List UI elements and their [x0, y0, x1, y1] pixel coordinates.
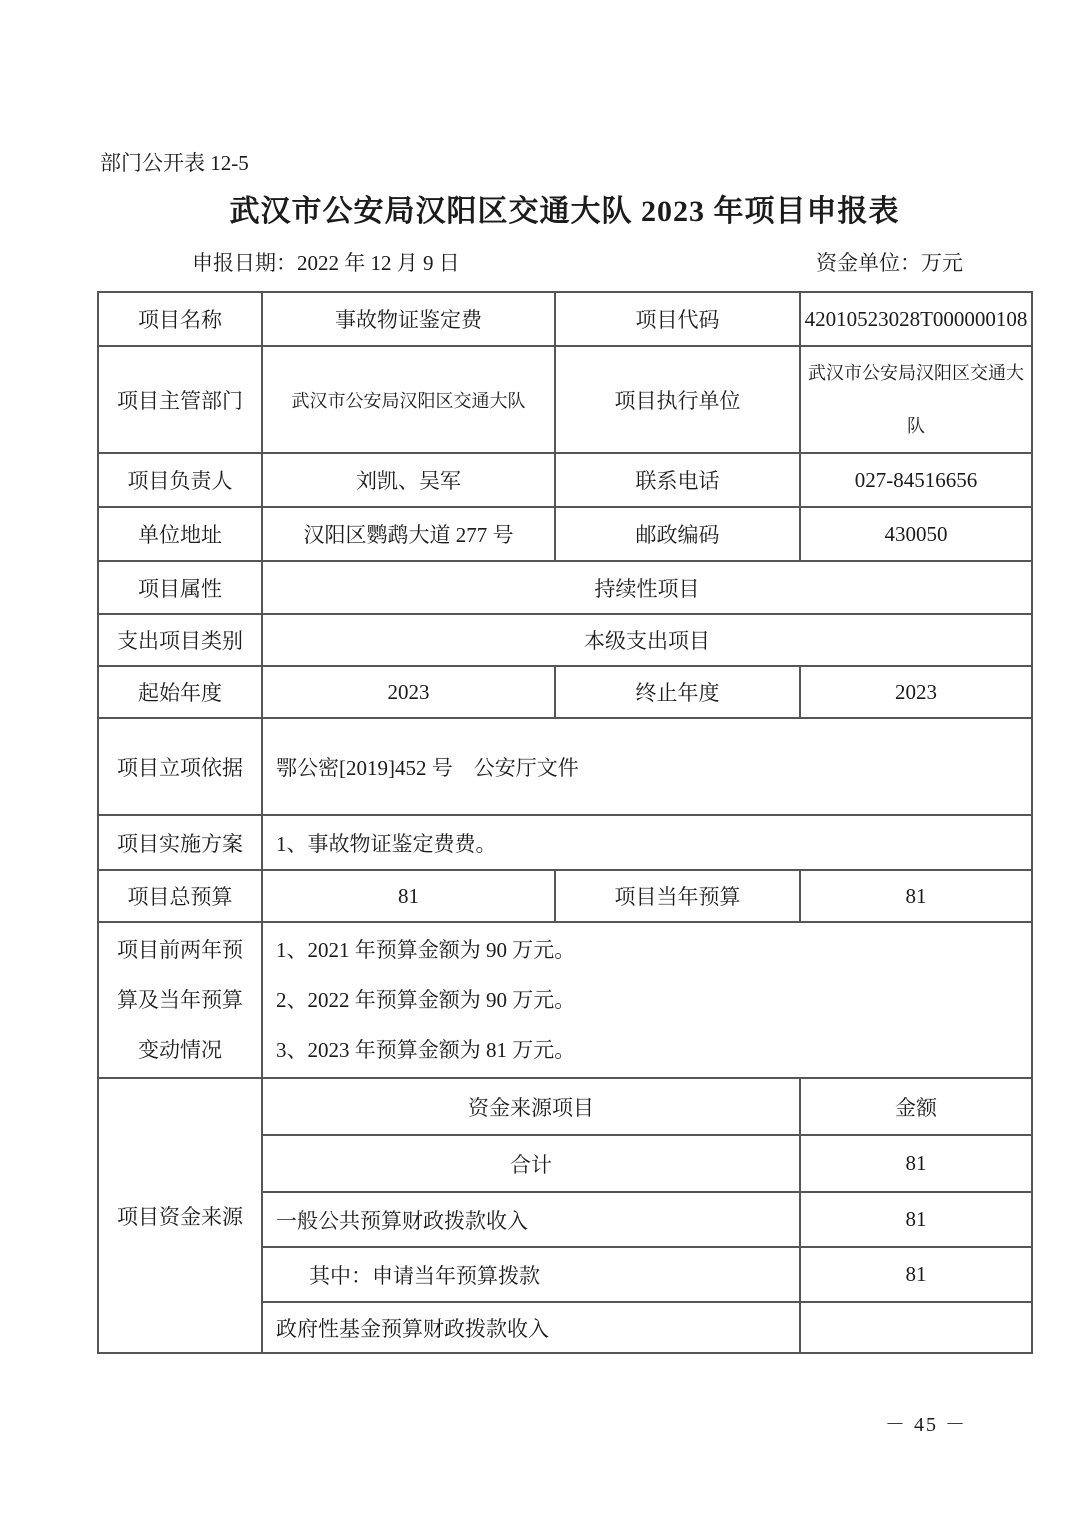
project-name-label: 项目名称 [98, 292, 262, 346]
contact-phone-value: 027-84516656 [800, 453, 1032, 507]
budget-history-line: 1、2021 年预算金额为 90 万元。 [276, 925, 1031, 975]
end-year-label: 终止年度 [555, 666, 800, 718]
project-code-label: 项目代码 [555, 292, 800, 346]
funding-column-amount: 金额 [800, 1078, 1032, 1135]
funding-sources-label: 项目资金来源 [98, 1078, 262, 1353]
funding-total-amount: 81 [800, 1135, 1032, 1192]
table-row: 项目资金来源 资金来源项目 金额 [98, 1078, 1032, 1135]
funding-total-item: 合计 [262, 1135, 800, 1192]
unit-address-value: 汉阳区鹦鹉大道 277 号 [262, 507, 555, 561]
table-row: 支出项目类别 本级支出项目 [98, 614, 1032, 666]
table-row: 项目主管部门 武汉市公安局汉阳区交通大队 项目执行单位 武汉市公安局汉阳区交通大… [98, 346, 1032, 453]
table-row: 起始年度 2023 终止年度 2023 [98, 666, 1032, 718]
total-budget-value: 81 [262, 870, 555, 922]
funding-general-item: 一般公共预算财政拨款收入 [262, 1192, 800, 1247]
approval-basis-label: 项目立项依据 [98, 718, 262, 815]
funding-general-amount: 81 [800, 1192, 1032, 1247]
total-budget-label: 项目总预算 [98, 870, 262, 922]
contact-phone-label: 联系电话 [555, 453, 800, 507]
executing-unit-label: 项目执行单位 [555, 346, 800, 453]
funding-column-item: 资金来源项目 [262, 1078, 800, 1135]
start-year-label: 起始年度 [98, 666, 262, 718]
project-leader-label: 项目负责人 [98, 453, 262, 507]
budget-history-value: 1、2021 年预算金额为 90 万元。 2、2022 年预算金额为 90 万元… [262, 922, 1032, 1078]
budget-history-line: 3、2023 年预算金额为 81 万元。 [276, 1025, 1031, 1075]
table-row: 项目实施方案 1、事故物证鉴定费费。 [98, 815, 1032, 870]
table-row: 项目名称 事故物证鉴定费 项目代码 42010523028T000000108 [98, 292, 1032, 346]
project-name-value: 事故物证鉴定费 [262, 292, 555, 346]
table-row: 项目属性 持续性项目 [98, 561, 1032, 614]
table-row: 单位地址 汉阳区鹦鹉大道 277 号 邮政编码 430050 [98, 507, 1032, 561]
project-leader-value: 刘凯、吴军 [262, 453, 555, 507]
supervisor-dept-label: 项目主管部门 [98, 346, 262, 453]
page-number: － 45 － [885, 1408, 967, 1437]
declare-date: 申报日期：2022 年 12 月 9 日 [192, 247, 460, 277]
meta-row: 申报日期：2022 年 12 月 9 日 资金单位：万元 [98, 247, 1031, 277]
end-year-value: 2023 [800, 666, 1032, 718]
table-row: 项目负责人 刘凯、吴军 联系电话 027-84516656 [98, 453, 1032, 507]
approval-basis-value: 鄂公密[2019]452 号 公安厅文件 [262, 718, 1032, 815]
project-attribute-value: 持续性项目 [262, 561, 1032, 614]
table-row: 项目总预算 81 项目当年预算 81 [98, 870, 1032, 922]
postal-code-label: 邮政编码 [555, 507, 800, 561]
budget-history-label: 项目前两年预算及当年预算变动情况 [98, 922, 262, 1078]
funding-govfund-item: 政府性基金预算财政拨款收入 [262, 1302, 800, 1353]
implementation-plan-label: 项目实施方案 [98, 815, 262, 870]
unit-address-label: 单位地址 [98, 507, 262, 561]
expenditure-category-value: 本级支出项目 [262, 614, 1032, 666]
form-code: 部门公开表 12-5 [100, 147, 249, 177]
expenditure-category-label: 支出项目类别 [98, 614, 262, 666]
executing-unit-value: 武汉市公安局汉阳区交通大队 [800, 346, 1032, 453]
table-row: 项目前两年预算及当年预算变动情况 1、2021 年预算金额为 90 万元。 2、… [98, 922, 1032, 1078]
funding-govfund-amount [800, 1302, 1032, 1353]
supervisor-dept-value: 武汉市公安局汉阳区交通大队 [262, 346, 555, 453]
start-year-value: 2023 [262, 666, 555, 718]
budget-history-line: 2、2022 年预算金额为 90 万元。 [276, 975, 1031, 1025]
fund-unit: 资金单位：万元 [816, 247, 963, 277]
funding-current-year-item: 其中：申请当年预算拨款 [262, 1247, 800, 1302]
funding-current-year-amount: 81 [800, 1247, 1032, 1302]
project-code-value: 42010523028T000000108 [800, 292, 1032, 346]
current-year-budget-label: 项目当年预算 [555, 870, 800, 922]
table-row: 项目立项依据 鄂公密[2019]452 号 公安厅文件 [98, 718, 1032, 815]
current-year-budget-value: 81 [800, 870, 1032, 922]
implementation-plan-value: 1、事故物证鉴定费费。 [262, 815, 1032, 870]
project-declaration-table: 项目名称 事故物证鉴定费 项目代码 42010523028T000000108 … [97, 291, 1033, 1354]
page-title: 武汉市公安局汉阳区交通大队 2023 年项目申报表 [98, 186, 1031, 230]
project-attribute-label: 项目属性 [98, 561, 262, 614]
postal-code-value: 430050 [800, 507, 1032, 561]
